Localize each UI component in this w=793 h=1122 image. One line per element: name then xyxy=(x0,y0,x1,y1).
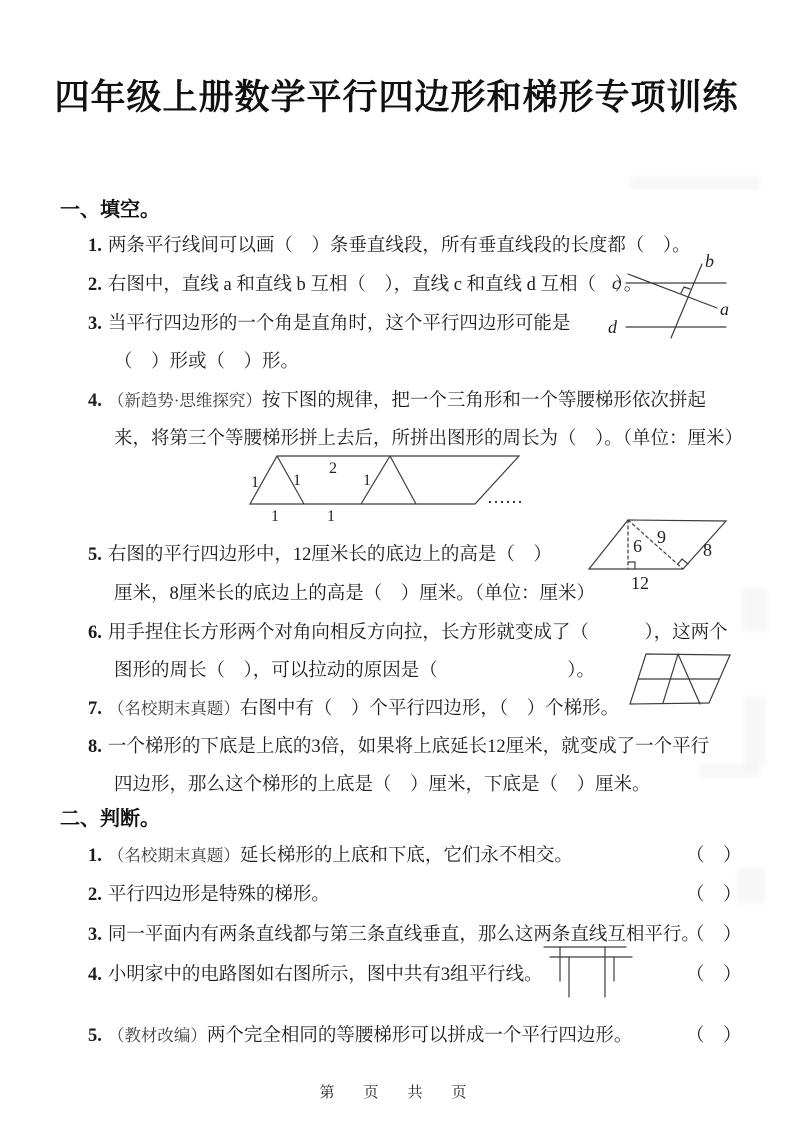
strip-label-bottom-2: 1 xyxy=(327,508,335,525)
fill-q5: 5.右图的平行四边形中，12厘米长的底边上的高是（ ） xyxy=(88,540,552,566)
j1-source-tag: （名校期末真题） xyxy=(108,846,240,865)
label-12: 12 xyxy=(631,573,649,593)
figure-circuit-lines xyxy=(538,931,644,1005)
j2-text: 平行四边形是特殊的梯形。 xyxy=(108,885,330,905)
scan-artifact xyxy=(742,588,768,632)
q4-number: 4. xyxy=(88,391,102,411)
label-9: 9 xyxy=(657,527,666,547)
j3-number: 3. xyxy=(88,925,102,945)
label-6: 6 xyxy=(633,536,642,556)
q2-number: 2. xyxy=(88,275,102,295)
q5-text-1: 右图的平行四边形中，12厘米长的底边上的高是（ ） xyxy=(108,545,552,565)
line-a xyxy=(628,274,717,308)
strip-label-right: 1 xyxy=(293,472,301,489)
label-8: 8 xyxy=(703,540,712,560)
strip-ellipsis: …… xyxy=(487,487,523,507)
worksheet-page: { "title": "四年级上册数学平行四边形和梯形专项训练", "foote… xyxy=(0,0,793,1122)
scan-artifact xyxy=(744,696,766,766)
strip-label-top: 2 xyxy=(329,460,337,477)
figure-parallelogram-grid xyxy=(624,640,742,714)
q4-text-2: 来，将第三个等腰梯形拼上去后，所拼出图形的周长为（ ）。（单位：厘米） xyxy=(114,429,743,449)
fill-q3: 3.当平行四边形的一个角是直角时，这个平行四边形可能是 xyxy=(88,309,570,335)
fill-q2: 2.右图中，直线 a 和直线 b 互相（ ），直线 c 和直线 d 互相（ ）。 xyxy=(88,270,642,296)
section-1-heading: 一、填空。 xyxy=(60,193,160,222)
j1-text: 延长梯形的上底和下底，它们永不相交。 xyxy=(240,846,573,866)
fill-q6-line2: 图形的周长（ ），可以拉动的原因是（ ）。 xyxy=(114,656,595,682)
label-d: d xyxy=(608,317,618,337)
fill-q8: 8.一个梯形的下底是上底的3倍，如果将上底延长12厘米，就变成了一个平行 xyxy=(88,732,709,758)
q8-number: 8. xyxy=(88,737,102,757)
q2-text: 右图中，直线 a 和直线 b 互相（ ），直线 c 和直线 d 互相（ ）。 xyxy=(108,275,642,295)
q5-number: 5. xyxy=(88,545,102,565)
q3-text-1: 当平行四边形的一个角是直角时，这个平行四边形可能是 xyxy=(108,314,571,334)
strip-inner-3 xyxy=(390,456,416,504)
label-a: a xyxy=(720,299,729,319)
fill-q5-line2: 厘米，8厘米长的底边上的高是（ ）厘米。（单位：厘米） xyxy=(114,579,595,605)
section-2-heading: 二、判断。 xyxy=(60,802,160,831)
q8-text-1: 一个梯形的下底是上底的3倍，如果将上底延长12厘米，就变成了一个平行 xyxy=(108,737,709,757)
j4-text: 小明家中的电路图如右图所示，图中共有3组平行线。 xyxy=(108,965,543,985)
j2-answer-blank: （ ） xyxy=(686,880,742,906)
j5-source-tag: （教材改编） xyxy=(108,1026,207,1045)
j1-number: 1. xyxy=(88,846,102,866)
q7-number: 7. xyxy=(88,699,102,719)
right-angle-mark xyxy=(681,287,690,293)
page-title: 四年级上册数学平行四边形和梯形专项训练 xyxy=(0,70,793,120)
right-angle-mark-side xyxy=(678,559,688,564)
j3-answer-blank: （ ） xyxy=(686,920,742,946)
j5-text: 两个完全相同的等腰梯形可以拼成一个平行四边形。 xyxy=(207,1026,633,1046)
judge-q2: 2.平行四边形是特殊的梯形。 xyxy=(88,880,330,906)
j5-number: 5. xyxy=(88,1026,102,1046)
fill-q8-line2: 四边形，那么这个梯形的上底是（ ）厘米，下底是（ ）厘米。 xyxy=(114,770,651,796)
j1-answer-blank: （ ） xyxy=(686,841,742,867)
strip-label-bottom-1: 1 xyxy=(271,508,279,525)
judge-q4: 4.小明家中的电路图如右图所示，图中共有3组平行线。 xyxy=(88,960,543,986)
q6-number: 6. xyxy=(88,623,102,643)
fill-q7: 7.（名校期末真题）右图中有（ ）个平行四边形，（ ）个梯形。 xyxy=(88,694,619,720)
j4-answer-blank: （ ） xyxy=(686,960,742,986)
q8-text-2: 四边形，那么这个梯形的上底是（ ）厘米，下底是（ ）厘米。 xyxy=(114,775,651,795)
label-b: b xyxy=(705,251,714,271)
label-c: c xyxy=(612,273,620,293)
q1-number: 1. xyxy=(88,236,102,256)
footer-page-info: 第 页 共 页 xyxy=(0,1081,793,1102)
q4-source-tag: （新趋势·思维探究） xyxy=(108,391,262,410)
right-angle-mark-base xyxy=(628,562,635,569)
judge-q5: 5.（教材改编）两个完全相同的等腰梯形可以拼成一个平行四边形。 xyxy=(88,1021,632,1047)
q5-text-2: 厘米，8厘米长的底边上的高是（ ）厘米。（单位：厘米） xyxy=(114,584,595,604)
scan-artifact xyxy=(630,176,760,190)
fill-q3-line2: （ ）形或（ ）形。 xyxy=(114,347,299,373)
strip-label-mid: 1 xyxy=(363,472,371,489)
figure-parallelogram-heights: 6 9 8 12 xyxy=(584,505,742,603)
q3-text-2: （ ）形或（ ）形。 xyxy=(114,352,299,372)
q6-text-2: 图形的周长（ ），可以拉动的原因是（ ）。 xyxy=(114,661,595,681)
scan-artifact xyxy=(737,868,765,904)
q7-source-tag: （名校期末真题） xyxy=(108,699,240,718)
fill-q4: 4.（新趋势·思维探究）按下图的规律，把一个三角形和一个等腰梯形依次拼起 xyxy=(88,386,706,412)
q7-text: 右图中有（ ）个平行四边形，（ ）个梯形。 xyxy=(240,699,619,719)
scan-artifact xyxy=(700,764,760,778)
j5-answer-blank: （ ） xyxy=(686,1021,742,1047)
q4-text-1: 按下图的规律，把一个三角形和一个等腰梯形依次拼起 xyxy=(262,391,706,411)
j4-number: 4. xyxy=(88,965,102,985)
figure-pattern-strip: 1 1 2 1 1 1 …… xyxy=(243,447,535,529)
strip-label-left: 1 xyxy=(251,474,259,491)
figure-parallel-lines-abcd: c d b a xyxy=(598,250,790,358)
q3-number: 3. xyxy=(88,314,102,334)
judge-q1: 1.（名校期末真题）延长梯形的上底和下底，它们永不相交。 xyxy=(88,841,573,867)
j2-number: 2. xyxy=(88,885,102,905)
